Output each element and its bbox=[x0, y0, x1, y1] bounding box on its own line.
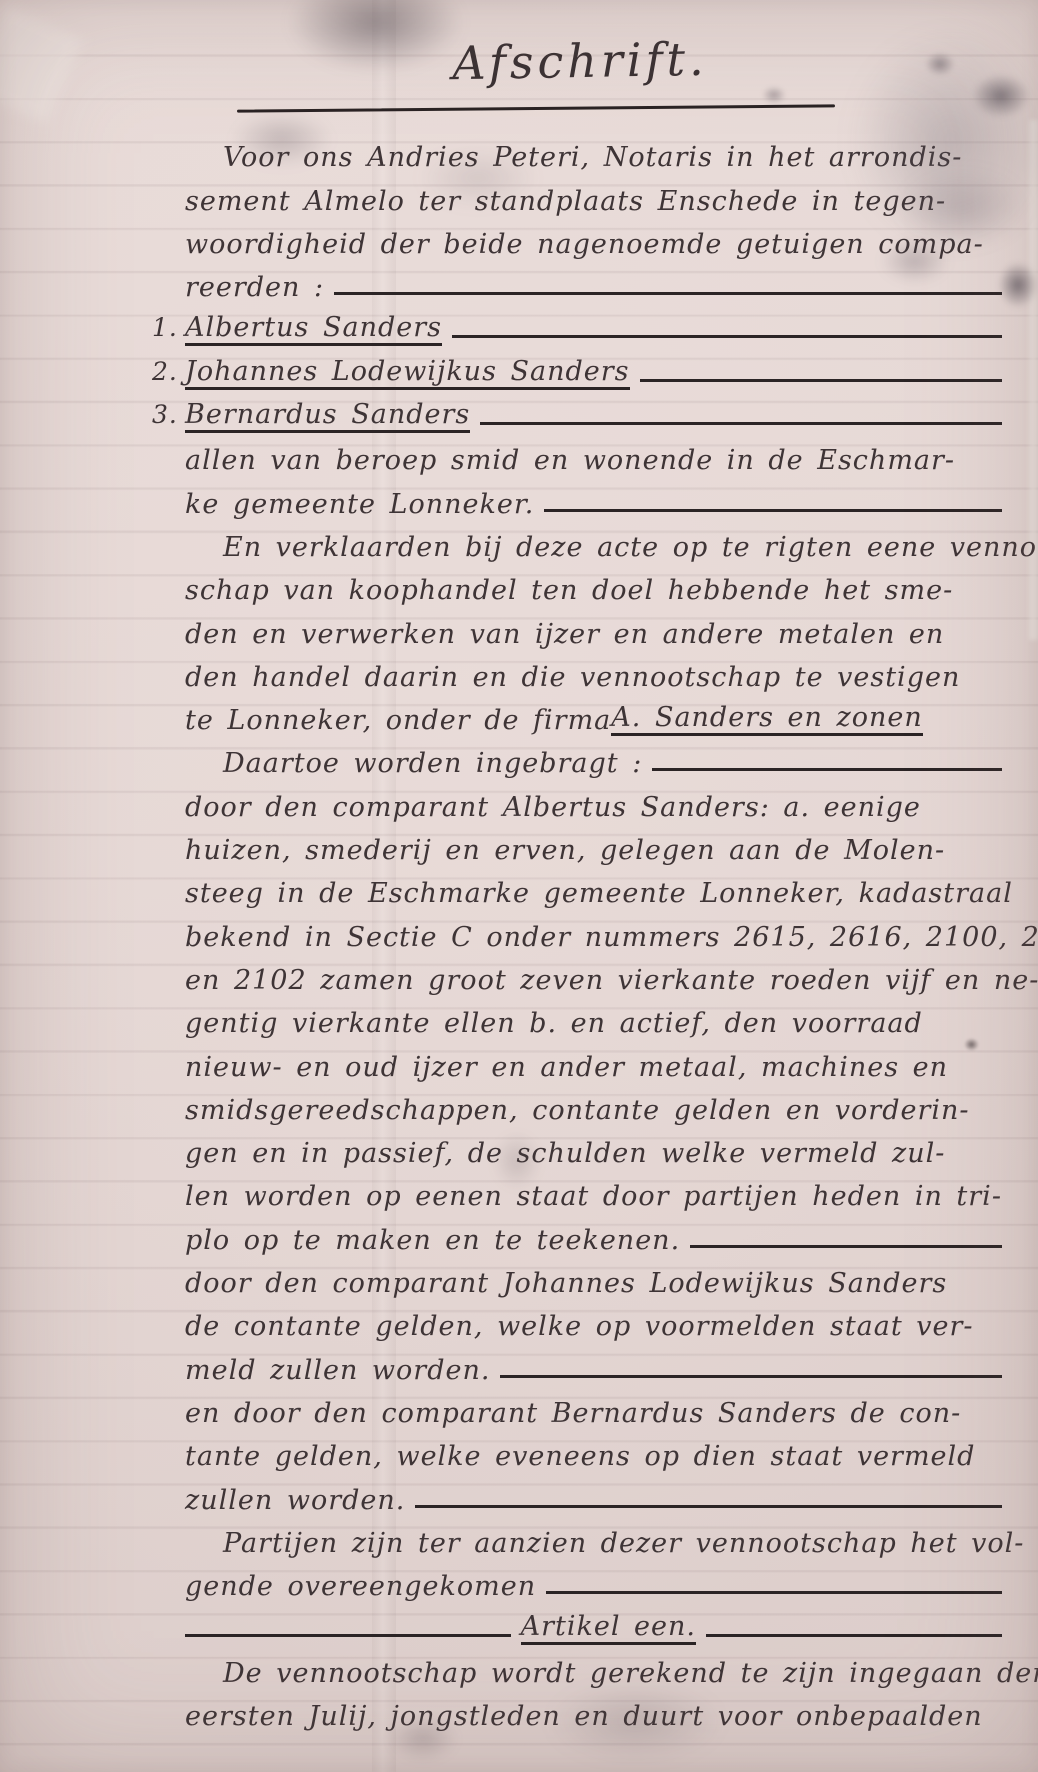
filler-rule bbox=[640, 379, 1002, 382]
text-segment: allen van beroep smid en wonende in de E… bbox=[185, 447, 955, 476]
filler-rule bbox=[544, 509, 1002, 512]
text-segment: schap van koophandel ten doel hebbende h… bbox=[185, 577, 953, 606]
text-line: Partijen zijn ter aanzien dezer vennoots… bbox=[185, 1516, 1002, 1559]
text-line: de contante gelden, welke op voormelden … bbox=[185, 1299, 1002, 1342]
text-line: meld zullen worden. bbox=[185, 1342, 1002, 1385]
underlined-text-segment: Artikel een. bbox=[521, 1613, 696, 1645]
text-segment: bekend in Sectie C onder nummers 2615, 2… bbox=[185, 924, 1038, 953]
underlined-text-segment: Albertus Sanders bbox=[185, 314, 442, 346]
text-segment: woordigheid der beide nagenoemde getuige… bbox=[185, 231, 984, 260]
filler-rule bbox=[706, 1634, 1002, 1637]
text-segment: len worden op eenen staat door partijen … bbox=[185, 1183, 1002, 1212]
text-segment: en door den comparant Bernardus Sanders … bbox=[185, 1400, 961, 1429]
text-segment: door den comparant Albertus Sanders: a. … bbox=[185, 794, 921, 823]
underlined-text-segment: Bernardus Sanders bbox=[185, 401, 470, 433]
text-line: en 2102 zamen groot zeven vierkante roed… bbox=[185, 953, 1002, 996]
text-segment: en 2102 zamen groot zeven vierkante roed… bbox=[185, 967, 1038, 996]
text-segment: Voor ons Andries Peteri, Notaris in het … bbox=[223, 144, 962, 173]
filler-rule bbox=[480, 422, 1002, 425]
text-line: bekend in Sectie C onder nummers 2615, 2… bbox=[185, 909, 1002, 952]
text-line: gende overeengekomen bbox=[185, 1559, 1002, 1602]
text-segment: reerden : bbox=[185, 274, 324, 303]
document-body: Voor ons Andries Peteri, Notaris in het … bbox=[185, 130, 1002, 1732]
text-segment: nieuw- en oud ijzer en ander metaal, mac… bbox=[185, 1054, 948, 1083]
filler-rule bbox=[334, 292, 1002, 295]
text-line: nieuw- en oud ijzer en ander metaal, mac… bbox=[185, 1039, 1002, 1082]
text-segment: plo op te maken en te teekenen. bbox=[185, 1227, 680, 1256]
text-line: sement Almelo ter standplaats Enschede i… bbox=[185, 173, 1002, 216]
text-line: huizen, smederij en erven, gelegen aan d… bbox=[185, 823, 1002, 866]
text-segment: ke gemeente Lonneker. bbox=[185, 491, 534, 520]
text-segment: tante gelden, welke eveneens op dien sta… bbox=[185, 1443, 975, 1472]
filler-rule bbox=[690, 1245, 1002, 1248]
text-segment: En verklaarden bij deze acte op te rigte… bbox=[223, 534, 1038, 563]
text-segment: gentig vierkante ellen b. en actief, den… bbox=[185, 1010, 923, 1039]
text-line: den en verwerken van ijzer en andere met… bbox=[185, 606, 1002, 649]
text-segment: de contante gelden, welke op voormelden … bbox=[185, 1313, 974, 1342]
text-segment: sement Almelo ter standplaats Enschede i… bbox=[185, 188, 946, 217]
text-segment: zullen worden. bbox=[185, 1487, 405, 1516]
text-line: door den comparant Johannes Lodewijkus S… bbox=[185, 1256, 1002, 1299]
text-line: 3.Bernardus Sanders bbox=[185, 390, 1002, 433]
text-line: Voor ons Andries Peteri, Notaris in het … bbox=[185, 130, 1002, 173]
text-segment: door den comparant Johannes Lodewijkus S… bbox=[185, 1270, 947, 1299]
filler-rule bbox=[452, 335, 1002, 338]
filler-rule bbox=[185, 1634, 511, 1637]
text-segment: eersten Julij, jongstleden en duurt voor… bbox=[185, 1703, 983, 1732]
text-line: schap van koophandel ten doel hebbende h… bbox=[185, 563, 1002, 606]
text-line: te Lonneker, onder de firma A. Sanders e… bbox=[185, 693, 1002, 736]
filler-rule bbox=[500, 1375, 1002, 1378]
text-line: gentig vierkante ellen b. en actief, den… bbox=[185, 996, 1002, 1039]
text-segment: Daartoe worden ingebragt : bbox=[223, 750, 642, 779]
text-line: 2.Johannes Lodewijkus Sanders bbox=[185, 346, 1002, 389]
text-line: door den comparant Albertus Sanders: a. … bbox=[185, 779, 1002, 822]
text-line: eersten Julij, jongstleden en duurt voor… bbox=[185, 1689, 1002, 1732]
text-line: len worden op eenen staat door partijen … bbox=[185, 1169, 1002, 1212]
text-segment: gende overeengekomen bbox=[185, 1573, 536, 1602]
text-line: steeg in de Eschmarke gemeente Lonneker,… bbox=[185, 866, 1002, 909]
text-segment: te Lonneker, onder de firma bbox=[185, 707, 611, 736]
filler-rule bbox=[546, 1591, 1002, 1594]
text-segment: gen en in passief, de schulden welke ver… bbox=[185, 1140, 945, 1169]
text-line: Artikel een. bbox=[185, 1602, 1002, 1645]
text-segment: huizen, smederij en erven, gelegen aan d… bbox=[185, 837, 945, 866]
text-line: tante gelden, welke eveneens op dien sta… bbox=[185, 1429, 1002, 1472]
text-line: allen van beroep smid en wonende in de E… bbox=[185, 433, 1002, 476]
text-line: reerden : bbox=[185, 260, 1002, 303]
text-line: 1.Albertus Sanders bbox=[185, 303, 1002, 346]
line-number: 3. bbox=[152, 400, 178, 429]
text-line: smidsgereedschappen, contante gelden en … bbox=[185, 1083, 1002, 1126]
text-segment: De vennootschap wordt gerekend te zijn i… bbox=[223, 1660, 1038, 1689]
text-line: ke gemeente Lonneker. bbox=[185, 476, 1002, 519]
document-page: Afschrift. Voor ons Andries Peteri, Nota… bbox=[0, 0, 1038, 1772]
underlined-text-segment: Johannes Lodewijkus Sanders bbox=[185, 358, 630, 390]
text-segment: steeg in de Eschmarke gemeente Lonneker,… bbox=[185, 880, 1013, 909]
text-line: zullen worden. bbox=[185, 1472, 1002, 1515]
text-line: woordigheid der beide nagenoemde getuige… bbox=[185, 217, 1002, 260]
underlined-text-segment: A. Sanders en zonen bbox=[611, 704, 922, 736]
text-line: Daartoe worden ingebragt : bbox=[185, 736, 1002, 779]
filler-rule bbox=[415, 1505, 1002, 1508]
text-line: En verklaarden bij deze acte op te rigte… bbox=[185, 520, 1002, 563]
text-line: De vennootschap wordt gerekend te zijn i… bbox=[185, 1645, 1002, 1688]
text-line: en door den comparant Bernardus Sanders … bbox=[185, 1386, 1002, 1429]
line-number: 1. bbox=[152, 313, 178, 342]
text-segment: den en verwerken van ijzer en andere met… bbox=[185, 621, 944, 650]
text-segment: Partijen zijn ter aanzien dezer vennoots… bbox=[223, 1530, 1024, 1559]
text-segment: meld zullen worden. bbox=[185, 1357, 490, 1386]
line-number: 2. bbox=[152, 357, 178, 386]
text-line: gen en in passief, de schulden welke ver… bbox=[185, 1126, 1002, 1169]
filler-rule bbox=[652, 768, 1002, 771]
text-line: den handel daarin en die vennootschap te… bbox=[185, 650, 1002, 693]
document-title: Afschrift. bbox=[300, 29, 861, 93]
text-segment: den handel daarin en die vennootschap te… bbox=[185, 664, 960, 693]
text-line: plo op te maken en te teekenen. bbox=[185, 1212, 1002, 1255]
text-segment: smidsgereedschappen, contante gelden en … bbox=[185, 1097, 970, 1126]
